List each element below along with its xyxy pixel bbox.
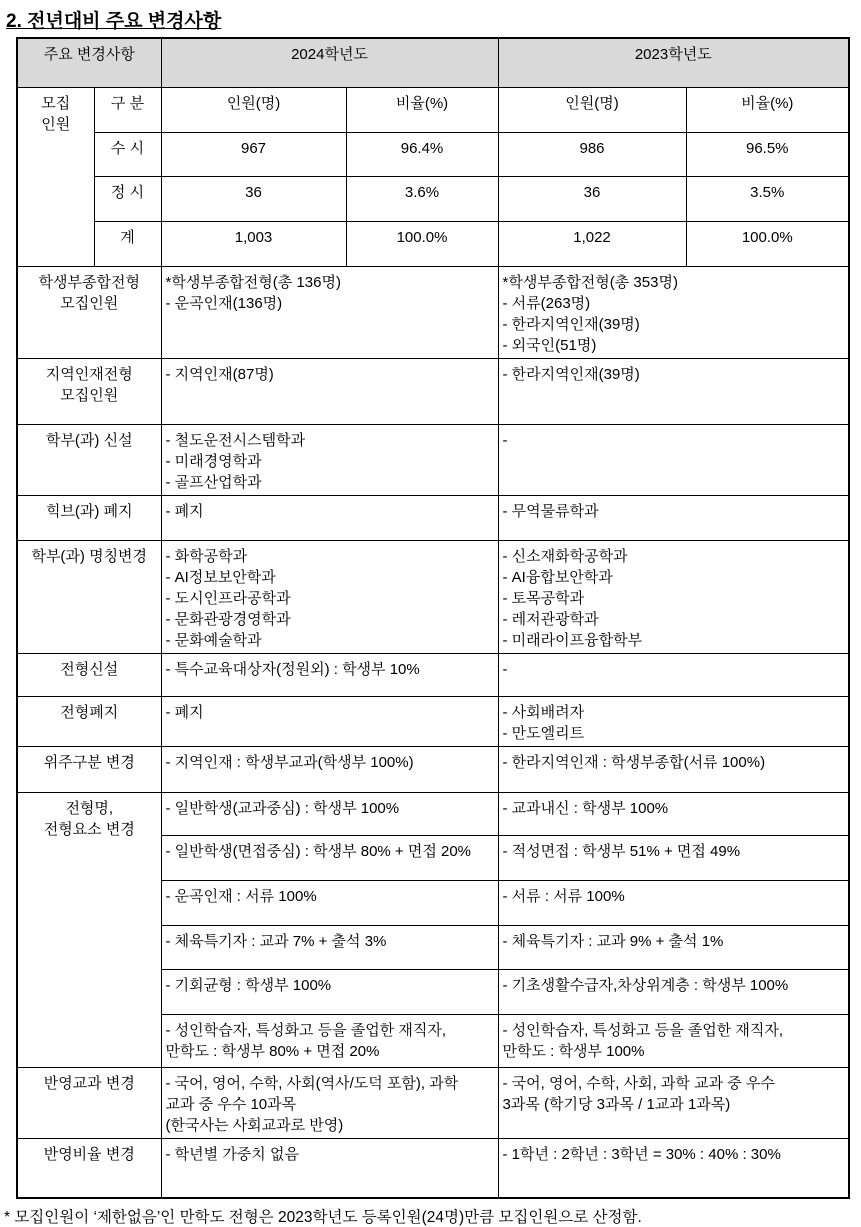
section-2023-value: - 신소재화학공학과 - AI융합보안학과 - 토목공학과 - 레저관광학과 -… <box>498 540 849 653</box>
section-2023-value: - 국어, 영어, 수학, 사회, 과학 교과 중 우수 3과목 (학기당 3과… <box>498 1067 849 1138</box>
section-2023-value: - 1학년 : 2학년 : 3학년 = 30% : 40% : 30% <box>498 1138 849 1198</box>
ratio-2024: 96.4% <box>346 132 498 176</box>
section-2023-value: - <box>498 424 849 495</box>
section-label: 학부(과) 명칭변경 <box>17 540 161 653</box>
row-label: 정 시 <box>94 176 161 221</box>
section-row-bangyeong-gyogwa: 반영교과 변경 - 국어, 영어, 수학, 사회(역사/도덕 포함), 과학 교… <box>17 1067 849 1138</box>
section-row-jiyeok: 지역인재전형 모집인원 - 지역인재(87명) - 한라지역인재(39명) <box>17 358 849 424</box>
ratio-2024: 100.0% <box>346 221 498 266</box>
row-label: 계 <box>94 221 161 266</box>
enrollment-row-susi: 수 시 967 96.4% 986 96.5% <box>17 132 849 176</box>
section-2024-value: - 일반학생(면접중심) : 학생부 80% + 면접 20% <box>161 835 498 880</box>
section-2024-value: - 특수교육대상자(정원외) : 학생부 10% <box>161 653 498 696</box>
section-label: 전형폐지 <box>17 696 161 746</box>
section-2024-value: - 지역인재(87명) <box>161 358 498 424</box>
section-2024-value: - 기회균형 : 학생부 100% <box>161 969 498 1014</box>
subheader-count-2024: 인원(명) <box>161 87 346 132</box>
section-label: 학부(과) 신설 <box>17 424 161 495</box>
section-label: 학생부종합전형 모집인원 <box>17 266 161 358</box>
header-category: 주요 변경사항 <box>17 38 161 87</box>
count-2024: 967 <box>161 132 346 176</box>
section-2023-value: - 기초생활수급자,차상위계층 : 학생부 100% <box>498 969 849 1014</box>
section-2023-value: - 한라지역인재(39명) <box>498 358 849 424</box>
section-2024-value: - 국어, 영어, 수학, 사회(역사/도덕 포함), 과학 교과 중 우수 1… <box>161 1067 498 1138</box>
section-label: 반영비율 변경 <box>17 1138 161 1198</box>
section-2023-value: - 적성면접 : 학생부 51% + 면접 49% <box>498 835 849 880</box>
section-2023-value: - 사회배려자 - 만도엘리트 <box>498 696 849 746</box>
ratio-2024: 3.6% <box>346 176 498 221</box>
ratio-2023: 3.5% <box>686 176 849 221</box>
header-2023: 2023학년도 <box>498 38 849 87</box>
table-header-row: 주요 변경사항 2024학년도 2023학년도 <box>17 38 849 87</box>
section-row-bangyeong-biyul: 반영비율 변경 - 학년별 가중치 없음 - 1학년 : 2학년 : 3학년 =… <box>17 1138 849 1198</box>
enrollment-subheader-row: 모집 인원 구 분 인원(명) 비율(%) 인원(명) 비율(%) <box>17 87 849 132</box>
section-row-jonghap: 학생부종합전형 모집인원 *학생부종합전형(총 136명) - 운곡인재(136… <box>17 266 849 358</box>
count-2024: 1,003 <box>161 221 346 266</box>
section-2023-value: - <box>498 653 849 696</box>
section-2024-value: - 성인학습자, 특성화고 등을 졸업한 재직자, 만학도 : 학생부 80% … <box>161 1014 498 1067</box>
page-title: 2. 전년대비 주요 변경사항 <box>6 6 861 33</box>
count-2023: 36 <box>498 176 686 221</box>
enrollment-row-total: 계 1,003 100.0% 1,022 100.0% <box>17 221 849 266</box>
ratio-2023: 96.5% <box>686 132 849 176</box>
subheader-count-2023: 인원(명) <box>498 87 686 132</box>
section-label: 전형신설 <box>17 653 161 696</box>
section-row-sinseol: 학부(과) 신설 - 철도운전시스템학과 - 미래경영학과 - 골프산업학과 - <box>17 424 849 495</box>
section-2024-value: - 운곡인재 : 서류 100% <box>161 880 498 925</box>
row-label: 수 시 <box>94 132 161 176</box>
section-2024-value: - 체육특기자 : 교과 7% + 출석 3% <box>161 925 498 969</box>
section-2023-value: - 한라지역인재 : 학생부종합(서류 100%) <box>498 746 849 792</box>
section-2024-value: *학생부종합전형(총 136명) - 운곡인재(136명) <box>161 266 498 358</box>
section-2023-value: - 성인학습자, 특성화고 등을 졸업한 재직자, 만학도 : 학생부 100% <box>498 1014 849 1067</box>
section-row-jeonhyeong-pyeji: 전형폐지 - 폐지 - 사회배려자 - 만도엘리트 <box>17 696 849 746</box>
section-row-myeongching: 학부(과) 명칭변경 - 화학공학과 - AI정보보안학과 - 도시인프라공학과… <box>17 540 849 653</box>
section-label: 지역인재전형 모집인원 <box>17 358 161 424</box>
changes-table: 주요 변경사항 2024학년도 2023학년도 모집 인원 구 분 인원(명) … <box>16 37 850 1199</box>
document-page: 2. 전년대비 주요 변경사항 주요 변경사항 2024학년도 2023학년도 … <box>0 0 861 1196</box>
section-label: 힉브(과) 폐지 <box>17 495 161 540</box>
section-label: 반영교과 변경 <box>17 1067 161 1138</box>
section-2024-value: - 일반학생(교과중심) : 학생부 100% <box>161 792 498 835</box>
multi-section-label: 전형명, 전형요소 변경 <box>17 792 161 1067</box>
subheader-ratio-2024: 비율(%) <box>346 87 498 132</box>
section-2023-value: - 무역물류학과 <box>498 495 849 540</box>
section-2023-value: *학생부종합전형(총 353명) - 서류(263명) - 한라지역인재(39명… <box>498 266 849 358</box>
multi-section-row: 전형명, 전형요소 변경 - 일반학생(교과중심) : 학생부 100% - 교… <box>17 792 849 835</box>
section-row-jeonhyeong-sinseol: 전형신설 - 특수교육대상자(정원외) : 학생부 10% - <box>17 653 849 696</box>
footnote: * 모집인원이 ‘제한없음’인 만학도 전형은 2023학년도 등록인원(24명… <box>4 1205 861 1227</box>
count-2023: 1,022 <box>498 221 686 266</box>
section-2023-value: - 체육특기자 : 교과 9% + 출석 1% <box>498 925 849 969</box>
count-2023: 986 <box>498 132 686 176</box>
section-label: 위주구분 변경 <box>17 746 161 792</box>
section-2024-value: - 폐지 <box>161 696 498 746</box>
enrollment-row-jeongsi: 정 시 36 3.6% 36 3.5% <box>17 176 849 221</box>
count-2024: 36 <box>161 176 346 221</box>
section-2024-value: - 화학공학과 - AI정보보안학과 - 도시인프라공학과 - 문화관광경영학과… <box>161 540 498 653</box>
section-row-pyeji: 힉브(과) 폐지 - 폐지 - 무역물류학과 <box>17 495 849 540</box>
section-2024-value: - 학년별 가중치 없음 <box>161 1138 498 1198</box>
enrollment-label: 모집 인원 <box>17 87 94 266</box>
section-2024-value: - 폐지 <box>161 495 498 540</box>
subheader-gubun: 구 분 <box>94 87 161 132</box>
header-2024: 2024학년도 <box>161 38 498 87</box>
section-2023-value: - 교과내신 : 학생부 100% <box>498 792 849 835</box>
section-2024-value: - 철도운전시스템학과 - 미래경영학과 - 골프산업학과 <box>161 424 498 495</box>
section-row-wiju: 위주구분 변경 - 지역인재 : 학생부교과(학생부 100%) - 한라지역인… <box>17 746 849 792</box>
ratio-2023: 100.0% <box>686 221 849 266</box>
section-2023-value: - 서류 : 서류 100% <box>498 880 849 925</box>
subheader-ratio-2023: 비율(%) <box>686 87 849 132</box>
section-2024-value: - 지역인재 : 학생부교과(학생부 100%) <box>161 746 498 792</box>
